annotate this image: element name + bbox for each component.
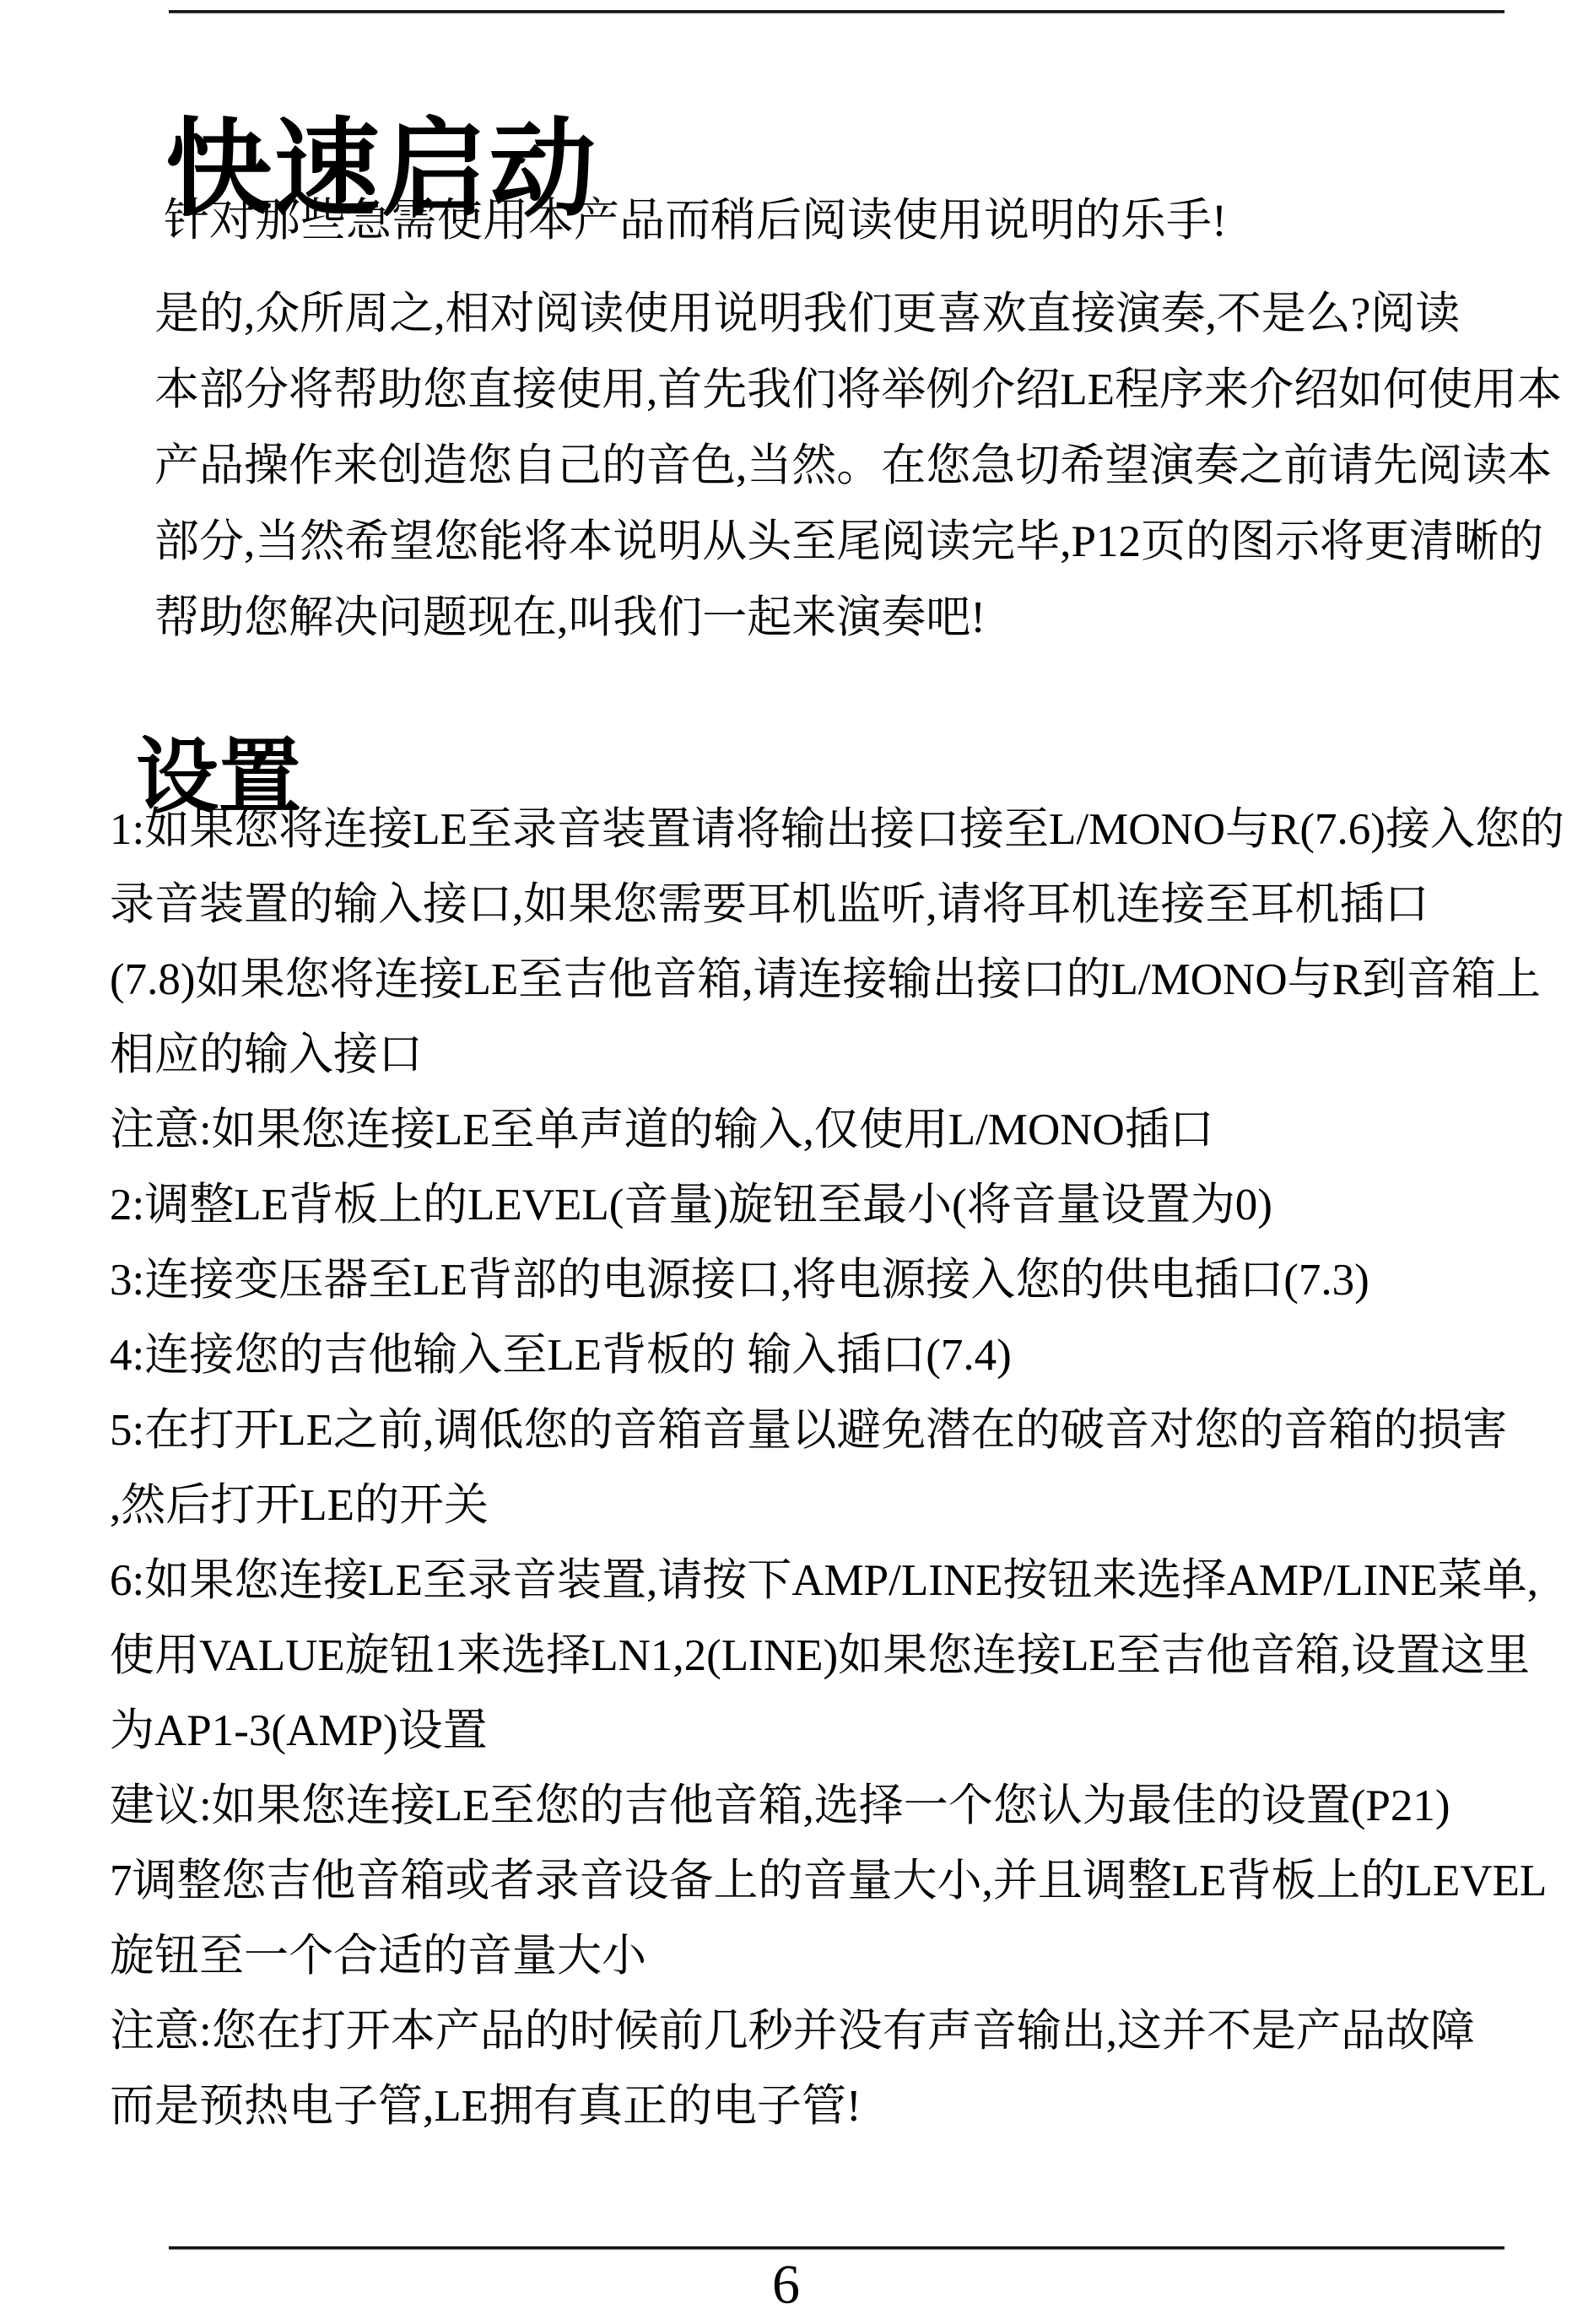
text-line: 2:调整LE背板上的LEVEL(音量)旋钮至最小(将音量设置为0) <box>110 1168 1519 1243</box>
bottom-rule <box>169 2246 1504 2250</box>
text-line: 注意:您在打开本产品的时候前几秒并没有声音输出,这并不是产品故障 <box>110 1994 1519 2069</box>
text-line: 6:如果您连接LE至录音装置,请按下AMP/LINE按钮来选择AMP/LINE菜… <box>110 1543 1519 1619</box>
text-line: 4:连接您的吉他输入至LE背板的 输入插口(7.4) <box>110 1318 1519 1393</box>
top-rule <box>169 10 1504 14</box>
text-line: 帮助您解决问题现在,叫我们一起来演奏吧! <box>154 580 1517 656</box>
text-line: 旋钮至一个合适的音量大小 <box>110 1919 1519 1994</box>
text-line: 5:在打开LE之前,调低您的音箱音量以避免潜在的破音对您的音箱的损害 <box>110 1393 1519 1468</box>
text-line: 建议:如果您连接LE至您的吉他音箱,选择一个您认为最佳的设置(P21) <box>110 1769 1519 1844</box>
text-line: 为AP1-3(AMP)设置 <box>110 1694 1519 1769</box>
text-line: 7调整您吉他音箱或者录音设备上的音量大小,并且调整LE背板上的LEVEL <box>110 1844 1519 1919</box>
setup-instructions: 1:如果您将连接LE至录音装置请将输出接口接至L/MONO与R(7.6)接入您的… <box>110 792 1519 2144</box>
text-line: 录音装置的输入接口,如果您需要耳机监听,请将耳机连接至耳机插口 <box>110 867 1519 943</box>
text-line: 注意:如果您连接LE至单声道的输入,仅使用L/MONO插口 <box>110 1093 1519 1168</box>
text-line: 而是预热电子管,LE拥有真正的电子管! <box>110 2069 1519 2144</box>
text-line: 1:如果您将连接LE至录音装置请将输出接口接至L/MONO与R(7.6)接入您的 <box>110 792 1519 867</box>
text-line: (7.8)如果您将连接LE至吉他音箱,请连接输出接口的L/MONO与R到音箱上 <box>110 943 1519 1018</box>
page-subtitle: 针对那些急需使用本产品而稍后阅读使用说明的乐手! <box>164 194 1227 246</box>
manual-page: { "title": "快速启动", "subtitle": "针对那些急需使用… <box>0 0 1572 2324</box>
text-line: 本部分将帮助您直接使用,首先我们将举例介绍LE程序来介绍如何使用本 <box>154 352 1517 428</box>
text-line: 3:连接变压器至LE背部的电源接口,将电源接入您的供电插口(7.3) <box>110 1243 1519 1318</box>
text-line: 是的,众所周之,相对阅读使用说明我们更喜欢直接演奏,不是么?阅读 <box>154 276 1517 352</box>
intro-paragraph: 是的,众所周之,相对阅读使用说明我们更喜欢直接演奏,不是么?阅读本部分将帮助您直… <box>154 276 1517 656</box>
text-line: 产品操作来创造您自己的音色,当然。在您急切希望演奏之前请先阅读本 <box>154 428 1517 504</box>
text-line: 部分,当然希望您能将本说明从头至尾阅读完毕,P12页的图示将更清晰的 <box>154 504 1517 580</box>
page-number: 6 <box>0 2255 1572 2316</box>
text-line: 使用VALUE旋钮1来选择LN1,2(LINE)如果您连接LE至吉他音箱,设置这… <box>110 1619 1519 1694</box>
text-line: ,然后打开LE的开关 <box>110 1468 1519 1543</box>
text-line: 相应的输入接口 <box>110 1018 1519 1093</box>
